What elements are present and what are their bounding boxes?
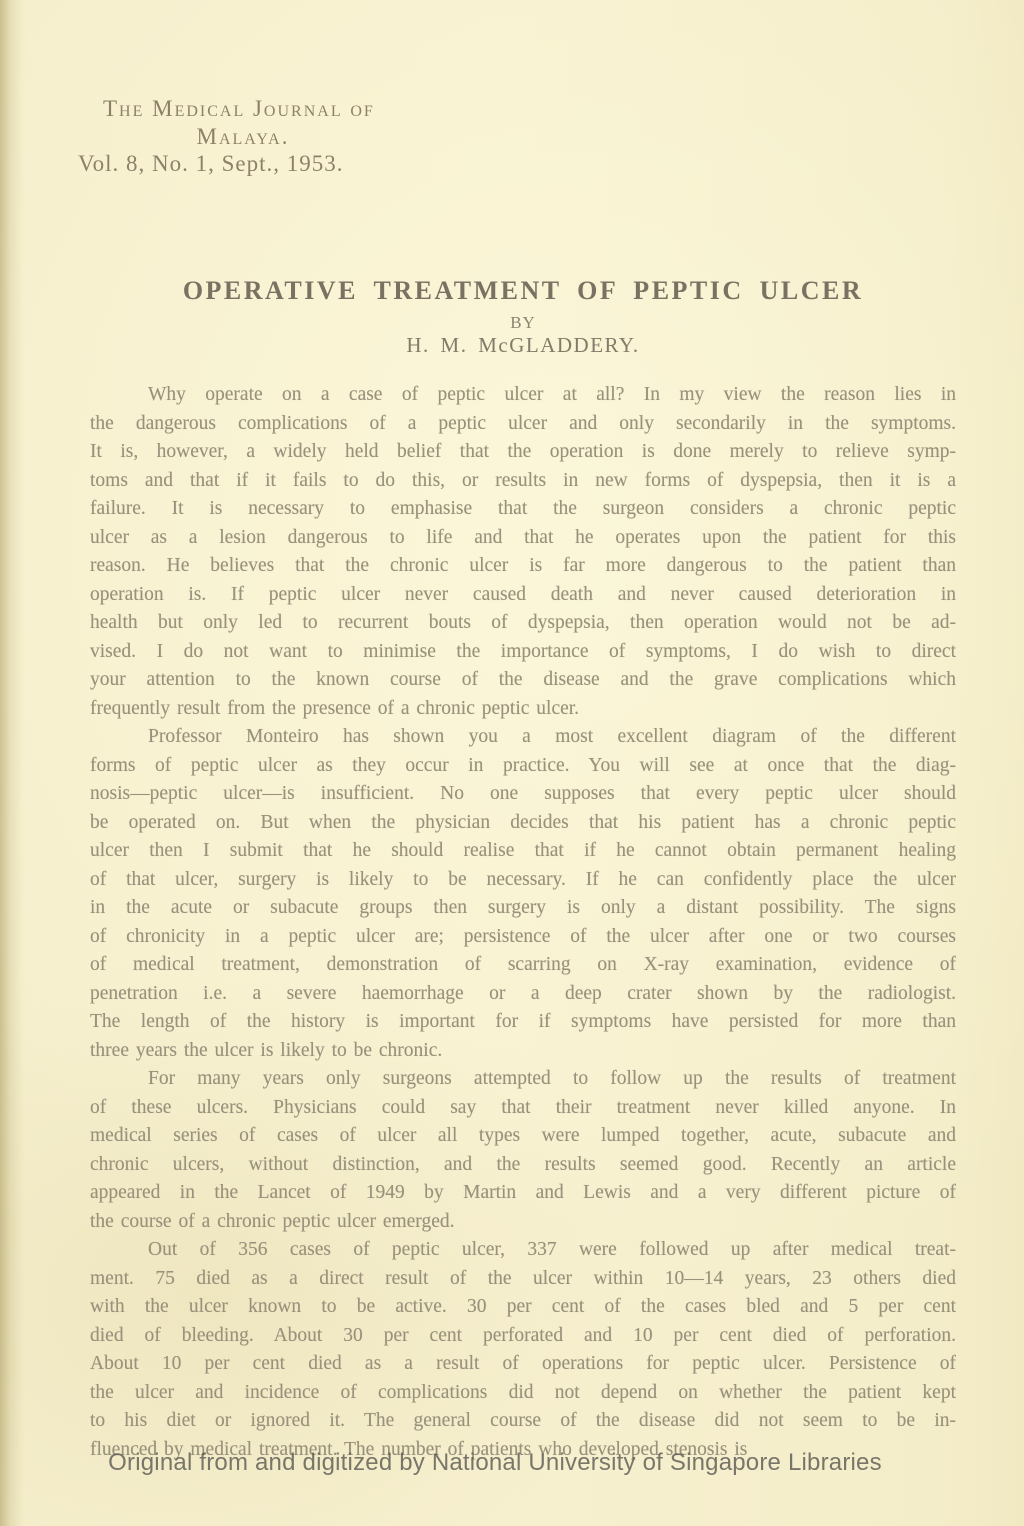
journal-name: The Medical Journal of [103, 96, 375, 122]
digitization-watermark: Original from and digitized by National … [0, 1449, 990, 1477]
body-line: health but only led to recurrent bouts o… [90, 609, 956, 638]
issue-line: Vol. 8, No. 1, Sept., 1953. [78, 151, 344, 177]
body-line: died of bleeding. About 30 per cent perf… [90, 1322, 956, 1351]
body-line: nosis—peptic ulcer—is insufficient. No o… [90, 780, 956, 809]
body-line: It is, however, a widely held belief tha… [90, 438, 956, 467]
body-line: reason. He believes that the chronic ulc… [90, 552, 956, 581]
article-body: Why operate on a case of peptic ulcer at… [90, 381, 956, 1464]
paragraph: Out of 356 cases of peptic ulcer, 337 we… [90, 1236, 956, 1464]
body-line: ulcer then I submit that he should reali… [90, 837, 956, 866]
body-line: operation is. If peptic ulcer never caus… [90, 581, 956, 610]
body-line: with the ulcer known to be active. 30 pe… [90, 1293, 956, 1322]
paragraph: Why operate on a case of peptic ulcer at… [90, 381, 956, 723]
body-line: of these ulcers. Physicians could say th… [90, 1094, 956, 1123]
body-line: vised. I do not want to minimise the imp… [90, 638, 956, 667]
body-line: About 10 per cent died as a result of op… [90, 1350, 956, 1379]
body-line: the ulcer and incidence of complications… [90, 1379, 956, 1408]
body-line: failure. It is necessary to emphasise th… [90, 495, 956, 524]
body-line: Why operate on a case of peptic ulcer at… [90, 381, 956, 410]
body-line: frequently result from the presence of a… [90, 695, 956, 724]
body-line: be operated on. But when the physician d… [90, 809, 956, 838]
body-line: chronic ulcers, without distinction, and… [90, 1151, 956, 1180]
body-line: to his diet or ignored it. The general c… [90, 1407, 956, 1436]
body-line: of that ulcer, surgery is likely to be n… [90, 866, 956, 895]
body-line: of medical treatment, demonstration of s… [90, 951, 956, 980]
body-line: ulcer as a lesion dangerous to life and … [90, 524, 956, 553]
body-line: ment. 75 died as a direct result of the … [90, 1265, 956, 1294]
body-line: For many years only surgeons attempted t… [90, 1065, 956, 1094]
body-line: the dangerous complications of a peptic … [90, 410, 956, 439]
paragraph: Professor Monteiro has shown you a most … [90, 723, 956, 1065]
paragraph: For many years only surgeons attempted t… [90, 1065, 956, 1236]
body-line: of chronicity in a peptic ulcer are; per… [90, 923, 956, 952]
body-line: three years the ulcer is likely to be ch… [90, 1037, 956, 1066]
scan-edge-shadow [0, 0, 22, 1526]
body-line: in the acute or subacute groups then sur… [90, 894, 956, 923]
body-line: Out of 356 cases of peptic ulcer, 337 we… [90, 1236, 956, 1265]
body-line: your attention to the known course of th… [90, 666, 956, 695]
body-line: The length of the history is important f… [90, 1008, 956, 1037]
byline-label: BY [90, 313, 956, 333]
journal-place: Malaya. [78, 124, 408, 150]
author-name: H. M. McGLADDERY. [90, 333, 956, 358]
body-line: penetration i.e. a severe haemorrhage or… [90, 980, 956, 1009]
body-line: Professor Monteiro has shown you a most … [90, 723, 956, 752]
scanned-journal-page: The Medical Journal of Malaya. Vol. 8, N… [0, 0, 1024, 1526]
body-line: appeared in the Lancet of 1949 by Martin… [90, 1179, 956, 1208]
article-title: OPERATIVE TREATMENT OF PEPTIC ULCER [90, 276, 956, 306]
body-line: the course of a chronic peptic ulcer eme… [90, 1208, 956, 1237]
body-line: forms of peptic ulcer as they occur in p… [90, 752, 956, 781]
body-line: toms and that if it fails to do this, or… [90, 467, 956, 496]
body-line: medical series of cases of ulcer all typ… [90, 1122, 956, 1151]
